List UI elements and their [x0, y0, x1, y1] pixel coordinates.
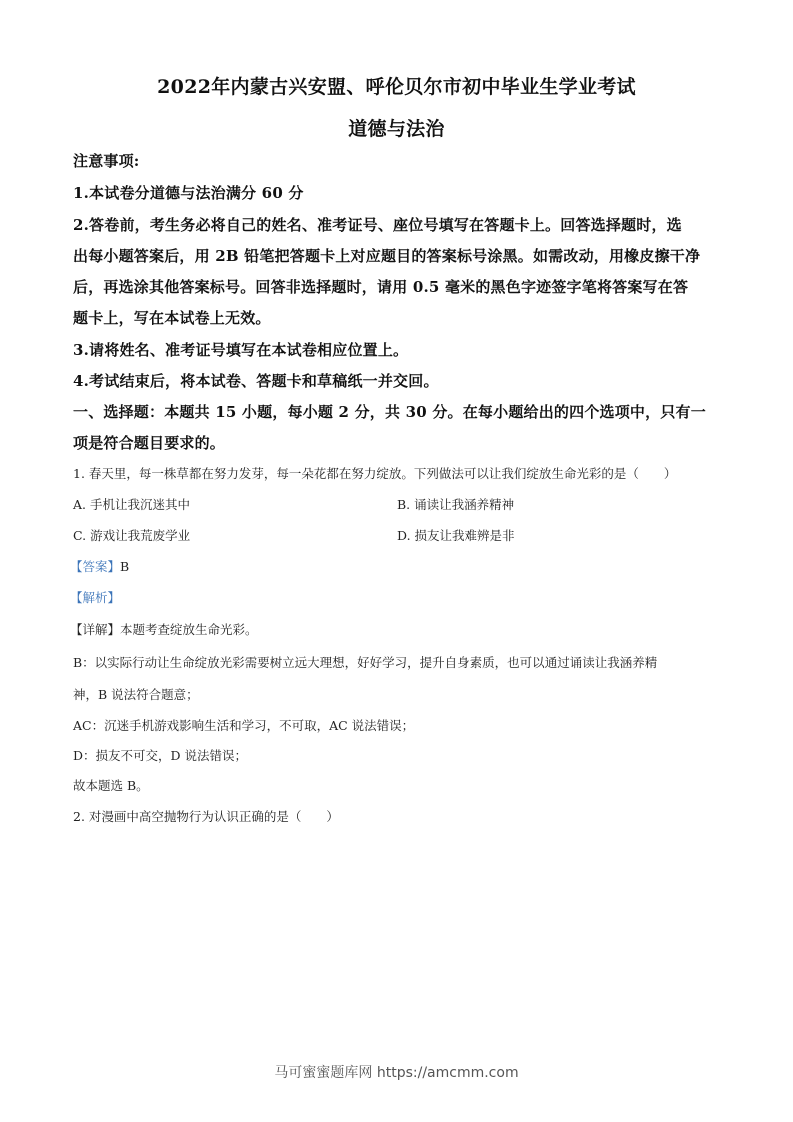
- notice-item-3: 3.请将姓名、准考证号填写在本试卷相应位置上。: [73, 339, 408, 360]
- question-2-stem: 2. 对漫画中高空抛物行为认识正确的是（ ）: [73, 807, 339, 825]
- question-1-detail-line-5: D：损友不可交，D 说法错误；: [73, 746, 247, 764]
- question-1-detail-line-4: AC：沉迷手机游戏影响生活和学习，不可取，AC 说法错误；: [73, 716, 414, 734]
- answer-tag: 【答案】: [70, 559, 120, 574]
- question-1-option-c: C. 游戏让我荒废学业: [73, 526, 190, 544]
- question-1-option-d: D. 损友让我难辨是非: [397, 526, 515, 544]
- exam-page: 2022年内蒙古兴安盟、呼伦贝尔市初中毕业生学业考试 道德与法治 注意事项: 1…: [0, 0, 793, 1122]
- exam-title: 2022年内蒙古兴安盟、呼伦贝尔市初中毕业生学业考试: [0, 72, 793, 99]
- question-1-analysis-tag: 【解析】: [70, 588, 120, 606]
- answer-value: B: [120, 559, 129, 574]
- question-1-detail-line-3: 神，B 说法符合题意；: [73, 685, 199, 703]
- section-heading-line-1: 一、选择题：本题共 15 小题，每小题 2 分，共 30 分。在每小题给出的四个…: [73, 401, 706, 422]
- notice-item-2-line-1: 2.答卷前，考生务必将自己的姓名、准考证号、座位号填写在答题卡上。回答选择题时，…: [73, 214, 682, 235]
- question-1-option-b: B. 诵读让我涵养精神: [397, 495, 514, 513]
- footer-watermark: 马可蜜蜜题库网 https://amcmm.com: [0, 1062, 793, 1082]
- question-1-detail-line-2: B：以实际行动让生命绽放光彩需要树立远大理想，好好学习，提升自身素质，也可以通过…: [73, 653, 657, 671]
- notice-item-2-line-4: 题卡上，写在本试卷上无效。: [73, 307, 271, 328]
- notice-item-2-line-3: 后，再选涂其他答案标号。回答非选择题时，请用 0.5 毫米的黑色字迹签字笔将答案…: [73, 276, 688, 297]
- question-1-detail-line-1: 【详解】本题考查绽放生命光彩。: [70, 620, 258, 638]
- question-1-answer: 【答案】B: [70, 557, 129, 575]
- notice-item-4: 4.考试结束后，将本试卷、答题卡和草稿纸一并交回。: [73, 370, 439, 391]
- question-1-option-a: A. 手机让我沉迷其中: [73, 495, 190, 513]
- notice-item-1: 1.本试卷分道德与法治满分 60 分: [73, 182, 304, 203]
- question-1-stem: 1. 春天里，每一株草都在努力发芽，每一朵花都在努力绽放。下列做法可以让我们绽放…: [73, 464, 676, 482]
- section-heading-line-2: 项是符合题目要求的。: [73, 432, 225, 453]
- question-1-detail-line-6: 故本题选 B。: [73, 776, 149, 794]
- notice-item-2-line-2: 出每小题答案后，用 2B 铅笔把答题卡上对应题目的答案标号涂黑。如需改动，用橡皮…: [73, 245, 700, 266]
- analysis-tag: 【解析】: [70, 590, 120, 605]
- notice-heading: 注意事项:: [73, 150, 140, 171]
- exam-subject: 道德与法治: [0, 114, 793, 141]
